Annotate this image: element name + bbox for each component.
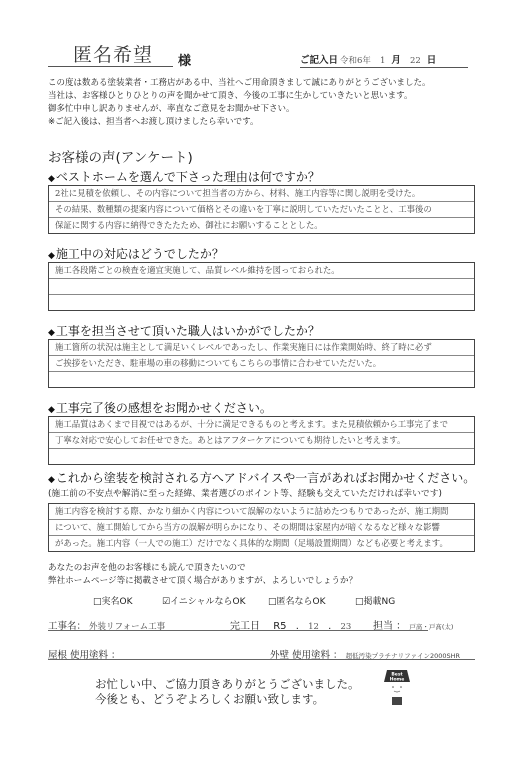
- question-3-title: ◆工事を担当させて頂いた職人はいかがでしたか？: [48, 322, 320, 339]
- entry-date-month: 1: [380, 56, 385, 66]
- consent-line: 弊社ホームページ等に掲載させて頂く場合がありますが、よろしいでしょうか？: [48, 575, 357, 588]
- intro-line: ※ご記入後は、担当者へお渡し頂けましたら幸いです。: [48, 116, 431, 129]
- question-5-title: ◆これから塗装を検討される方へアドバイスや一言があればお聞かせください。: [48, 469, 475, 486]
- roof-paint-label: 屋根 使用塗料 ：: [48, 650, 121, 661]
- answer-line: ご挨拶をいただき、駐車場の車の移動についてもこちらの事情に合わせていただいた。: [49, 356, 474, 372]
- customer-name: 匿名希望: [73, 40, 153, 67]
- staff-value: 戸髙・戸髙(太): [409, 623, 453, 631]
- answer-line: [49, 295, 474, 310]
- option-real-name-ok[interactable]: □実名OK: [93, 594, 133, 607]
- mascot-icon: Best Home: [383, 670, 411, 706]
- wall-paint-label: 外壁 使用塗料 ：: [270, 650, 343, 661]
- answer-line: 施工品質はあくまで目視ではあるが、十分に満足できるものと考えます。また見積依頼か…: [49, 417, 474, 433]
- entry-date-era-year: 令和6年: [340, 56, 371, 66]
- thanks-line: お忙しい中、ご協力頂きありがとうございました。: [95, 677, 360, 692]
- svg-text:Home: Home: [390, 677, 405, 683]
- consent-text: あなたのお声を他のお客様にも読んで頂きたいので 弊社ホームページ等に掲載させて頂…: [48, 562, 357, 588]
- entry-day-label: 日: [427, 55, 437, 66]
- answer-line: があった。施工内容（一人での施工）だけでなく具体的な期間（足場設置期間）なども必…: [49, 536, 474, 551]
- diamond-bullet-icon: ◆: [48, 405, 55, 415]
- intro-text: この度は数ある塗装業者・工務店がある中、当社へご用命頂きまして誠にありがとうござ…: [48, 77, 431, 129]
- option-publish-ng[interactable]: □掲載NG: [355, 594, 395, 607]
- completion-era: R5: [273, 621, 286, 632]
- completion-month: 12: [308, 622, 319, 632]
- diamond-bullet-icon: ◆: [48, 328, 55, 338]
- thanks-line: 今後とも、どうぞよろしくお願い致します。: [95, 692, 360, 707]
- diamond-bullet-icon: ◆: [48, 251, 55, 261]
- answer-line: 施工箇所の状況は施主として満足いくレベルであったし、作業実施日には作業開始時、終…: [49, 340, 474, 356]
- answer-line: 丁寧な対応で安心してお任せできた。あとはアフターケアについても期待したいと考えま…: [49, 433, 474, 449]
- wall-paint-field: 外壁 使用塗料 ： 超低汚染プラチナリファイン2000SHR: [270, 647, 460, 661]
- diamond-bullet-icon: ◆: [48, 174, 55, 184]
- answer-line: [49, 372, 474, 387]
- consent-line: あなたのお声を他のお客様にも読んで頂きたいので: [48, 562, 357, 575]
- question-5-answer-box: 施工内容を検討する際、かなり細かく内容について誤解のないように詰めたつもりであっ…: [48, 503, 475, 552]
- answer-line: 保証に関する内容に納得できたたため、御社にお願いすることとした。: [49, 218, 474, 233]
- project-name-label: 工事名：: [48, 621, 86, 632]
- completion-date-field: 完工日 R5 . 12 . 23: [230, 617, 351, 632]
- completion-label: 完工日: [230, 621, 260, 632]
- option-initials-ok[interactable]: ☑イニシャルならOK: [162, 594, 246, 607]
- entry-month-label: 月: [391, 55, 401, 66]
- answer-line: 施工各段階ごとの検査を適宜実施して、品質レベル維持を図っておられた。: [49, 263, 474, 279]
- question-4-title: ◆工事完了後の感想をお聞かせください。: [48, 399, 272, 416]
- question-4-answer-box: 施工品質はあくまで目視ではあるが、十分に満足できるものと考えます。また見積依頼か…: [48, 416, 475, 465]
- intro-line: 御多忙中申し訳ありませんが、率直なご意見をお聞かせ下さい。: [48, 103, 431, 116]
- question-2-title: ◆施工中の対応はどうでしたか？: [48, 245, 224, 262]
- honorific: 様: [178, 50, 191, 69]
- thanks-message: お忙しい中、ご協力頂きありがとうございました。 今後とも、どうぞよろしくお願い致…: [95, 677, 360, 707]
- survey-title: お客様の声(アンケート): [48, 146, 193, 166]
- answer-line: [49, 449, 474, 464]
- question-1-title: ◆ベストホームを選んで下さった理由は何ですか？: [48, 168, 320, 185]
- intro-line: 当社は、お客様ひとりひとりの声を聞かせて頂き、今後の工事に生かしていきたいと思い…: [48, 90, 431, 103]
- entry-date-field: ご記入日令和6年 1月 22日: [300, 52, 468, 68]
- staff-label: 担当 ：: [373, 621, 406, 632]
- completion-day: 23: [340, 622, 351, 632]
- project-name-value: 外装リフォーム工事: [89, 622, 165, 632]
- entry-date-label: ご記入日: [300, 55, 338, 66]
- question-5-subtitle: (施工前の不安点や解消に至った経緯、業者選びのポイント等、経験も交えていただけれ…: [48, 486, 442, 499]
- roof-paint-field: 屋根 使用塗料 ：: [48, 647, 121, 661]
- question-1-answer-box: 2社に見積を依頼し、その内容について担当者の方から、材料、施工内容等に関し説明を…: [48, 185, 475, 234]
- customer-name-field: 匿名希望: [48, 38, 173, 67]
- answer-line: [49, 279, 474, 295]
- diamond-bullet-icon: ◆: [48, 475, 55, 485]
- question-3-answer-box: 施工箇所の状況は施主として満足いくレベルであったし、作業実施日には作業開始時、終…: [48, 339, 475, 388]
- answer-line: 施工内容を検討する際、かなり細かく内容について誤解のないように詰めたつもりであっ…: [49, 504, 474, 520]
- intro-line: この度は数ある塗装業者・工務店がある中、当社へご用命頂きまして誠にありがとうござ…: [48, 77, 431, 90]
- answer-line: 2社に見積を依頼し、その内容について担当者の方から、材料、施工内容等に関し説明を…: [49, 186, 474, 202]
- option-anonymous-ok[interactable]: □匿名ならOK: [268, 594, 326, 607]
- answer-line: その結果、数種類の提案内容について価格とその違いを丁寧に説明していただいたことと…: [49, 202, 474, 218]
- question-2-answer-box: 施工各段階ごとの検査を適宜実施して、品質レベル維持を図っておられた。: [48, 262, 475, 311]
- staff-field: 担当 ： 戸髙・戸髙(太): [373, 617, 453, 632]
- wall-paint-value: 超低汚染プラチナリファイン2000SHR: [346, 652, 460, 660]
- best-home-mascot-logo: Best Home: [383, 670, 411, 706]
- entry-date-day: 22: [410, 56, 421, 66]
- answer-line: について、施工開始してから当方の誤解が明らかになり、その期間は家屋内が暗くなるな…: [49, 520, 474, 536]
- project-name-field: 工事名： 外装リフォーム工事: [48, 618, 165, 632]
